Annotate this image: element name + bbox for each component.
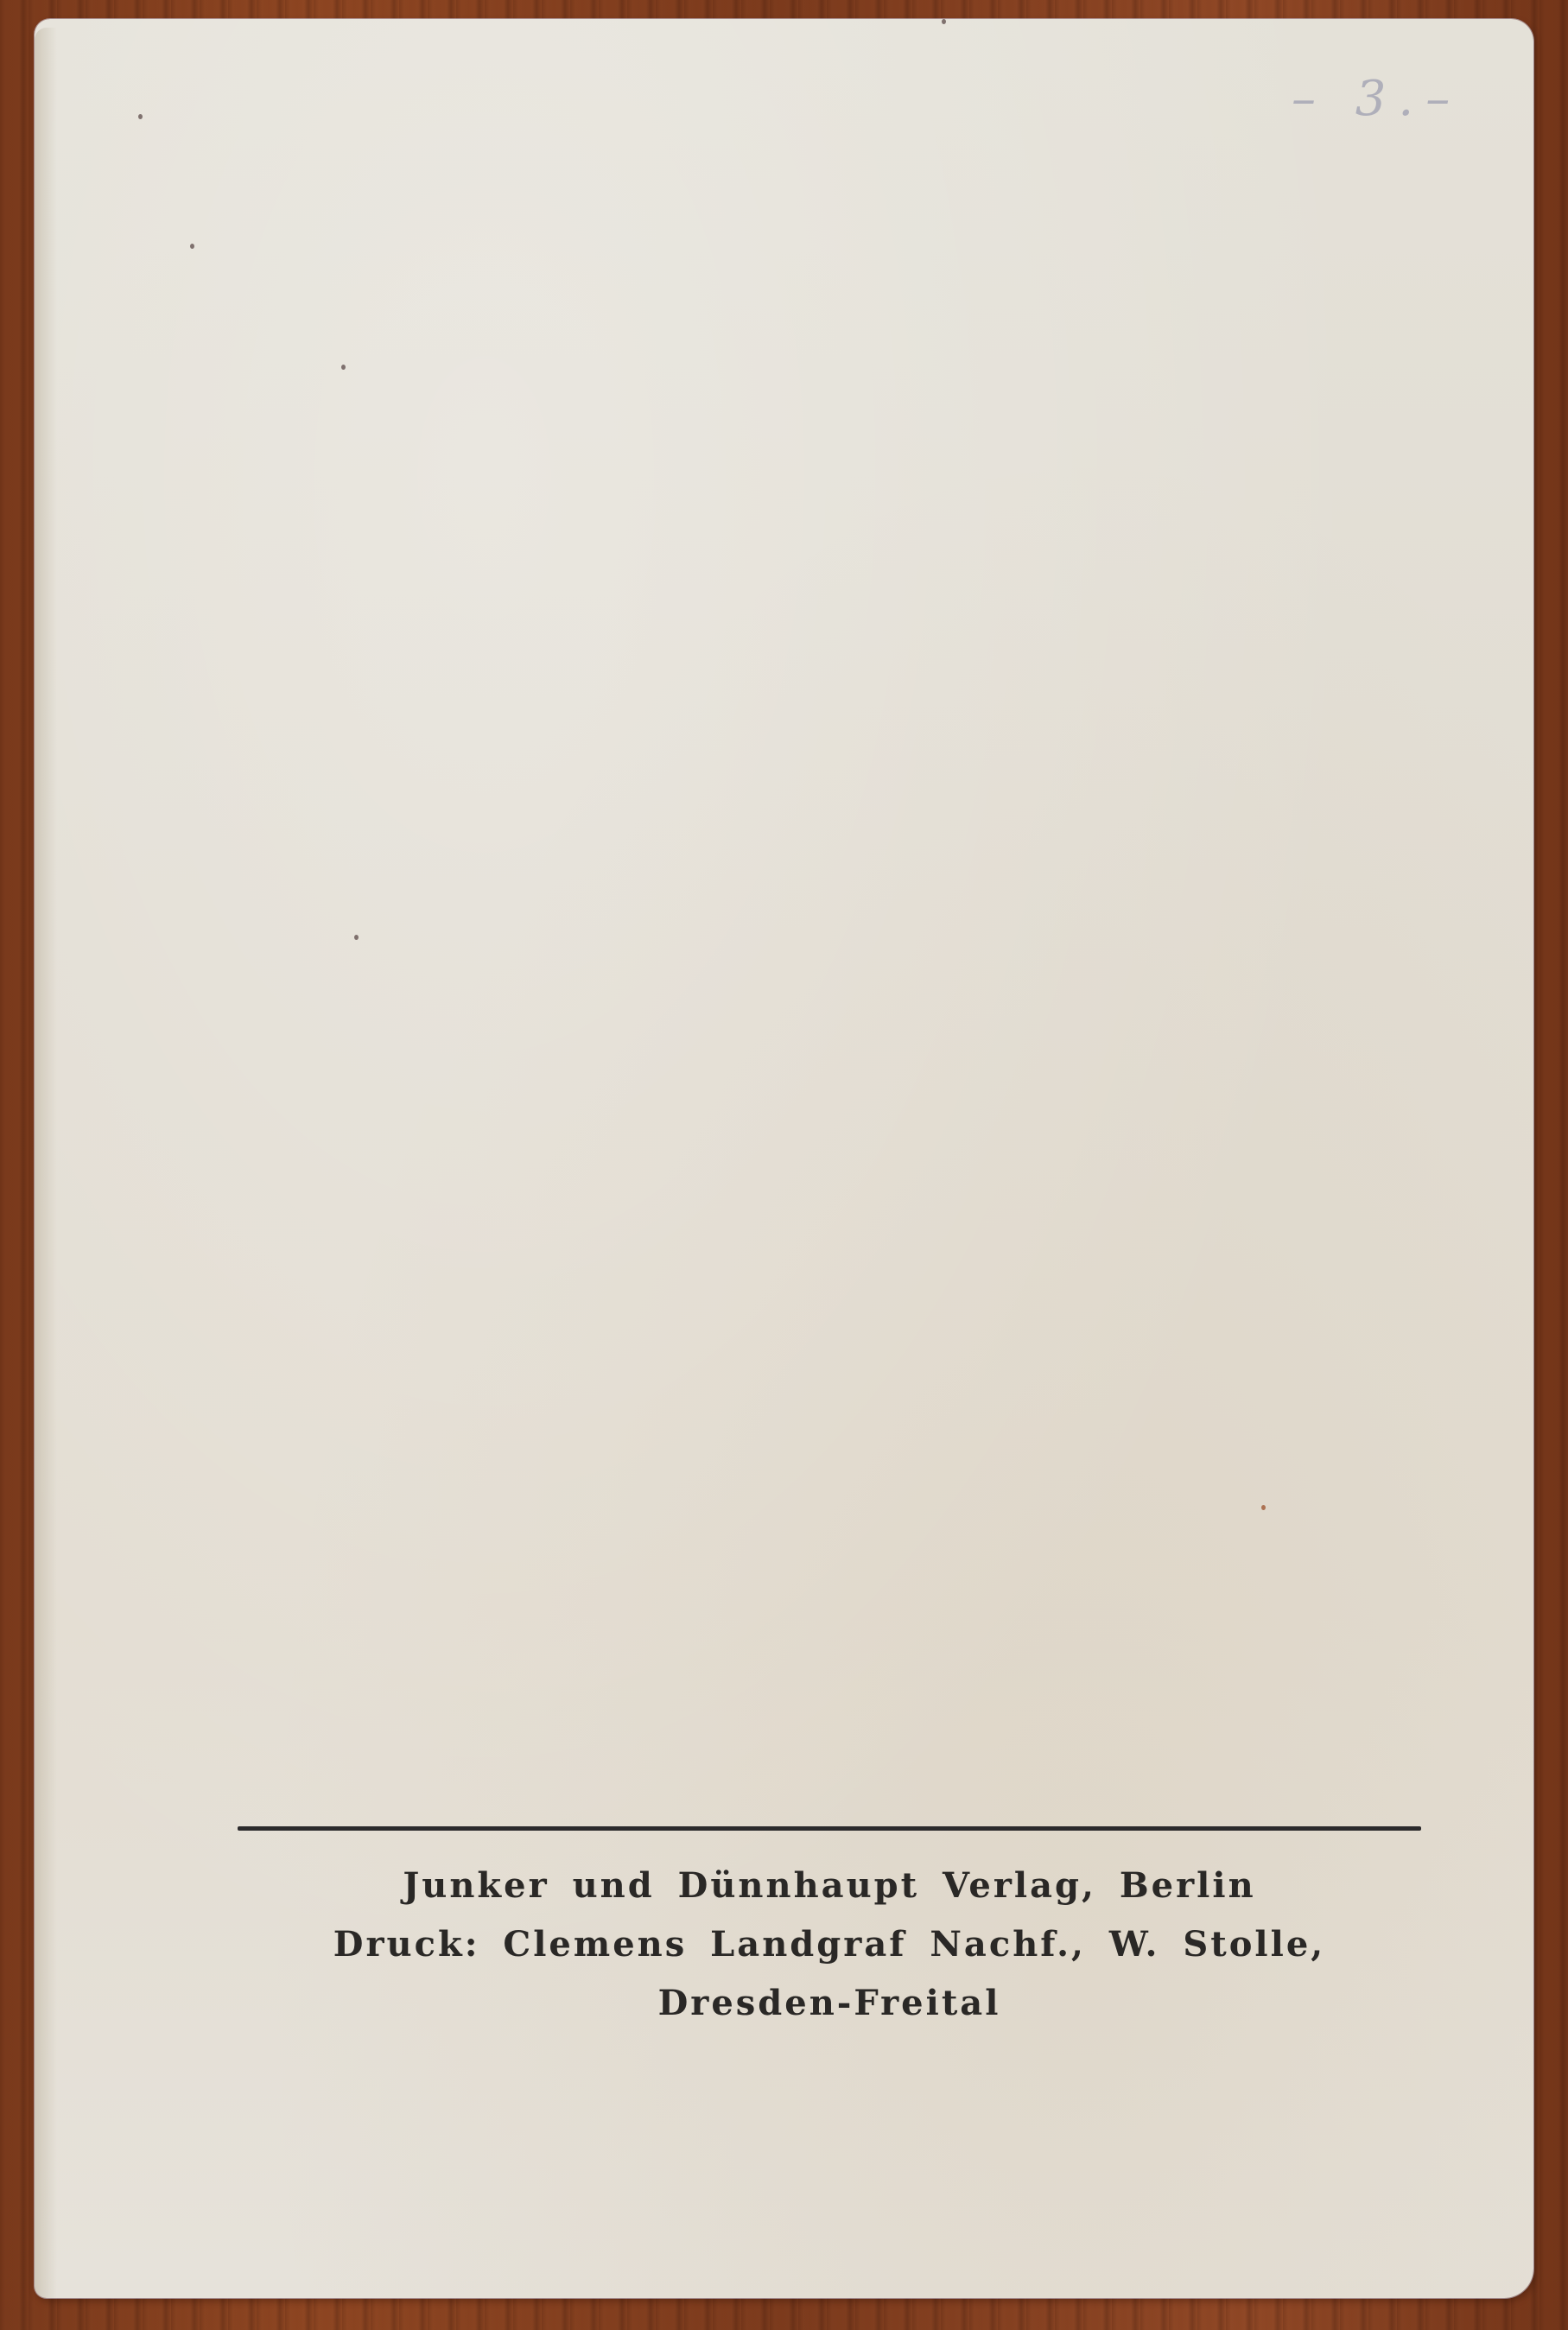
paper-speck xyxy=(190,244,194,249)
paper-speck xyxy=(138,114,143,119)
paper-speck xyxy=(942,19,946,24)
publisher-imprint: Junker und Dünnhaupt Verlag, Berlin Druc… xyxy=(238,1826,1421,2033)
imprint-text: Junker und Dünnhaupt Verlag, Berlin Druc… xyxy=(238,1857,1421,2033)
location-line: Dresden-Freital xyxy=(238,1974,1421,2033)
horizontal-rule xyxy=(238,1826,1421,1831)
paper-speck xyxy=(1261,1505,1266,1510)
pencil-price-mark: – 3.– xyxy=(1292,71,1462,127)
printer-line: Druck: Clemens Landgraf Nachf., W. Stoll… xyxy=(238,1915,1421,1974)
paper-speck xyxy=(341,365,346,370)
publisher-line: Junker und Dünnhaupt Verlag, Berlin xyxy=(238,1857,1421,1915)
paper-speck xyxy=(354,935,359,940)
